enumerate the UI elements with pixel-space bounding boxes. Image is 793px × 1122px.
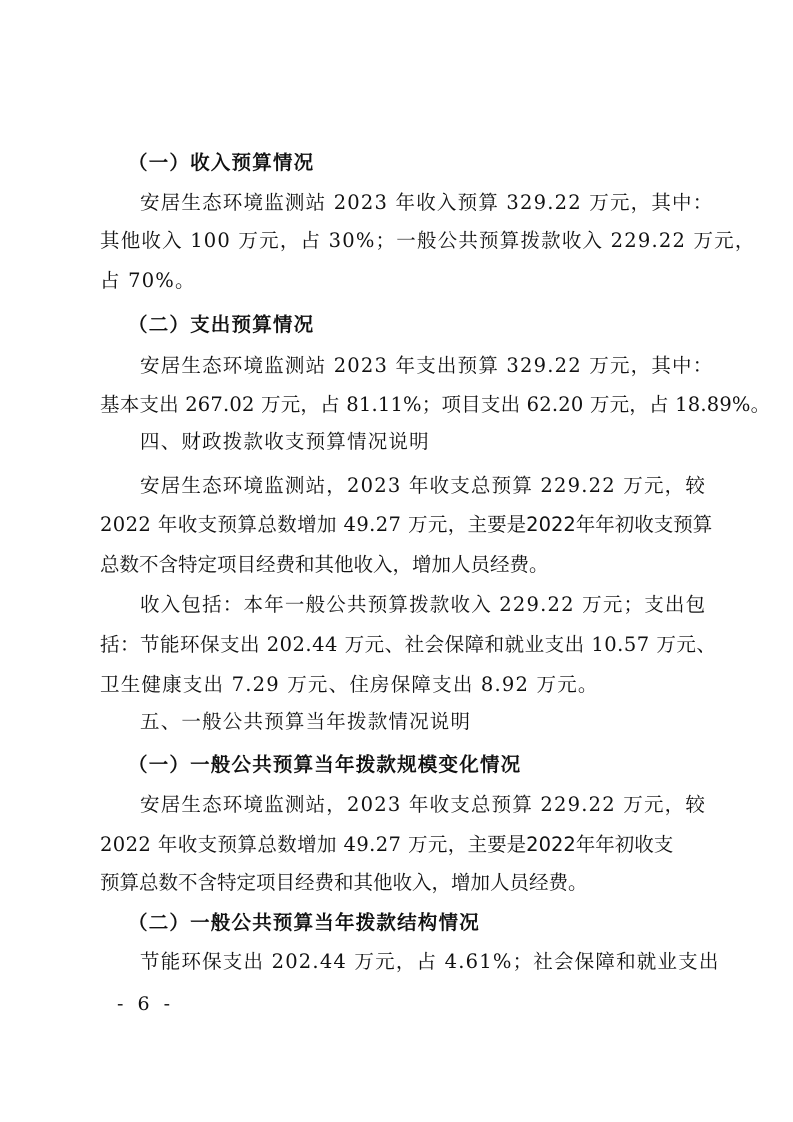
paragraph-line: 安居生态环境监测站 2023 年收入预算 329.22 万元，其中： (140, 189, 690, 217)
paragraph-line: 其他收入 100 万元，占 30%；一般公共预算拨款收入 229.22 万元， (100, 227, 690, 255)
text-run: 2022 年收支预算总数增加 49.27 万元， (100, 513, 468, 536)
paragraph-line: 卫生健康支出 7.29 万元、住房保障支出 8.92 万元。 (100, 671, 690, 699)
paragraph-line: 2022 年收支预算总数增加 49.27 万元，主要是2022年年初收支预算 (100, 511, 690, 539)
subsection-heading-scale-change: （一）一般公共预算当年拨款规模变化情况 (128, 751, 718, 779)
text-run-highlight: 主要是2022年年初收支 (468, 833, 674, 856)
section-heading-fiscal: 四、财政拨款收支预算情况说明 (140, 428, 690, 456)
subsection-heading-structure: （二）一般公共预算当年拨款结构情况 (128, 909, 718, 937)
section-heading-expense-budget: （二）支出预算情况 (128, 311, 718, 339)
paragraph-line: 安居生态环境监测站，2023 年收支总预算 229.22 万元，较 (140, 791, 690, 819)
paragraph-line: 预算总数不含特定项目经费和其他收入，增加人员经费。 (100, 869, 690, 897)
paragraph-line: 2022 年收支预算总数增加 49.27 万元，主要是2022年年初收支 (100, 831, 690, 859)
text-run-highlight: 主要是2022年年初收支预算 (468, 513, 713, 536)
paragraph-line: 占 70%。 (100, 267, 690, 295)
text-run: 2022 年收支预算总数增加 49.27 万元， (100, 833, 468, 856)
paragraph-line: 安居生态环境监测站 2023 年支出预算 329.22 万元，其中： (140, 352, 690, 380)
paragraph-line: 安居生态环境监测站，2023 年收支总预算 229.22 万元，较 (140, 472, 690, 500)
paragraph-line: 收入包括：本年一般公共预算拨款收入 229.22 万元；支出包 (140, 591, 690, 619)
page-number: - 6 - (117, 990, 174, 1018)
paragraph-line: 括：节能环保支出 202.44 万元、社会保障和就业支出 10.57 万元、 (100, 631, 690, 659)
paragraph-line: 基本支出 267.02 万元，占 81.11%；项目支出 62.20 万元，占 … (100, 391, 690, 419)
paragraph-line: 节能环保支出 202.44 万元，占 4.61%；社会保障和就业支出 (140, 948, 690, 976)
section-heading-general-budget: 五、一般公共预算当年拨款情况说明 (140, 708, 690, 736)
section-heading-income-budget: （一）收入预算情况 (128, 149, 718, 177)
paragraph-line: 总数不含特定项目经费和其他收入，增加人员经费。 (100, 551, 690, 579)
